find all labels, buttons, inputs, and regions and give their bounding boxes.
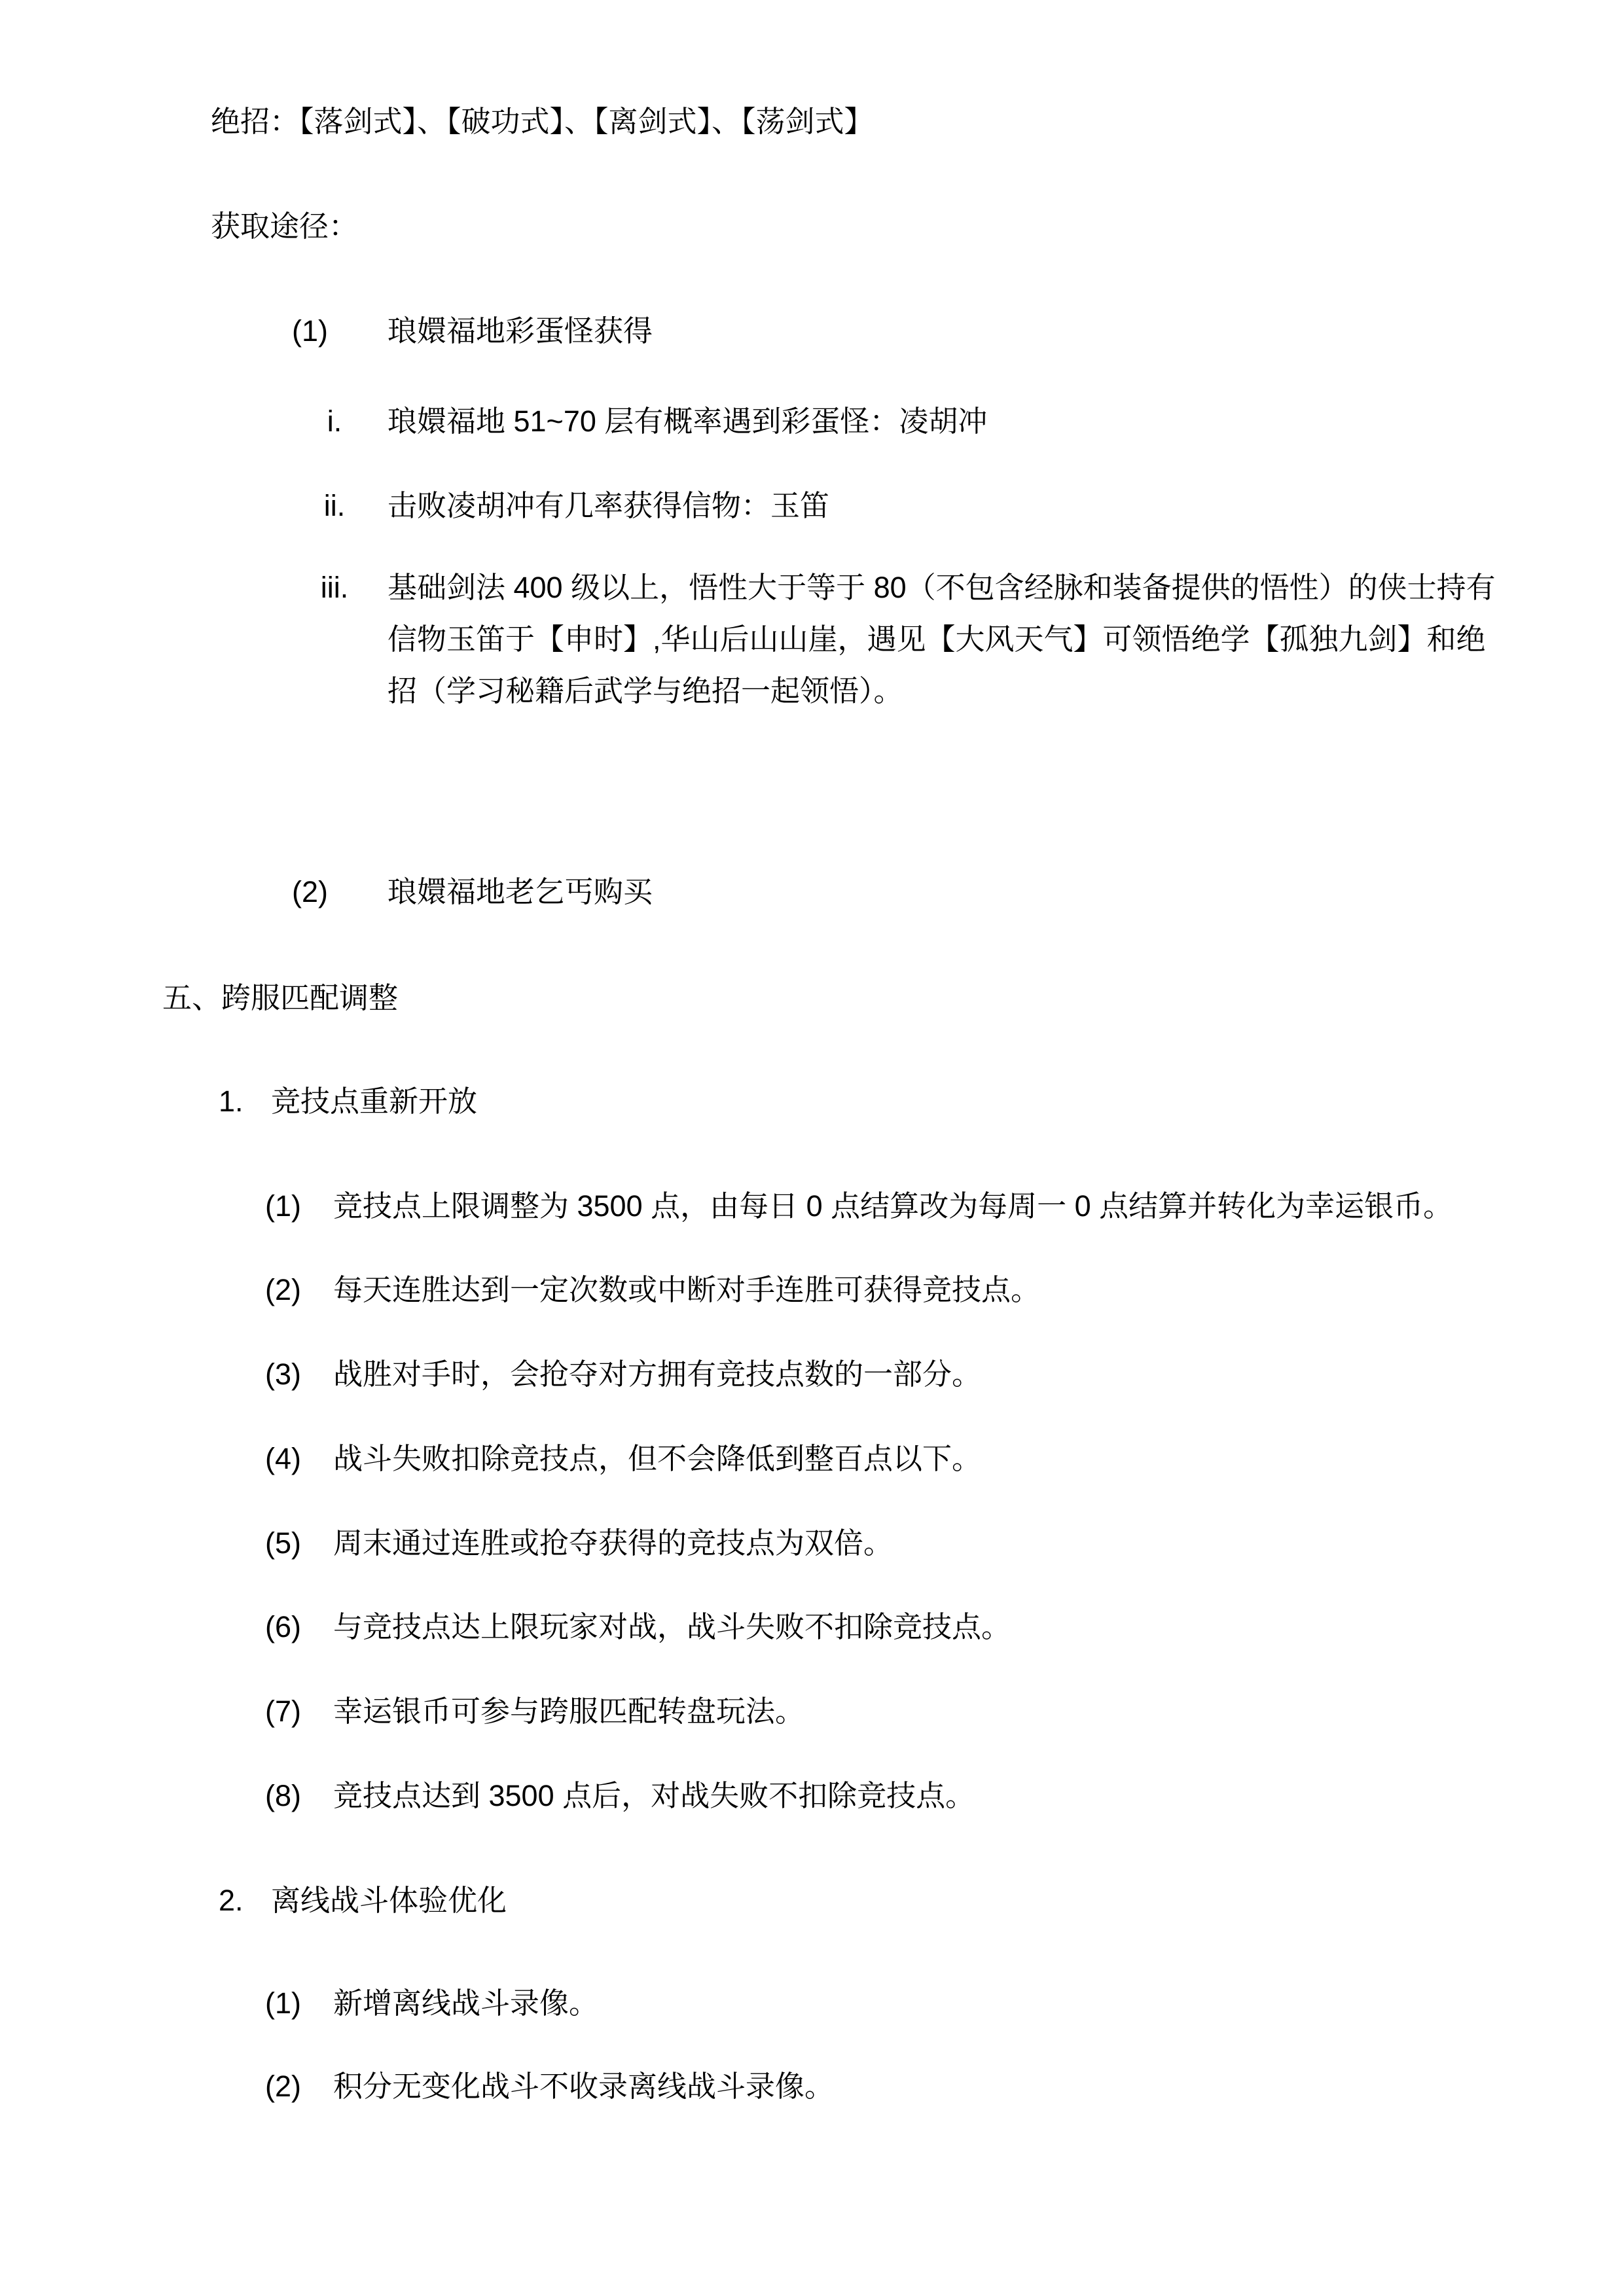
section-heading-text: 五、跨服匹配调整 xyxy=(162,972,398,1024)
list-item-text: 竞技点上限调整为 3500 点，由每日 0 点结算改为每周一 0 点结算并转化为… xyxy=(333,1180,1453,1232)
text-line: 击败凌胡冲有几率获得信物：玉笛 xyxy=(388,480,829,531)
list-item: (2) 积分无变化战斗不收录离线战斗录像。 xyxy=(265,2060,834,2113)
list-item-marker: (1) xyxy=(265,1977,333,2030)
list-item: (7) 幸运银币可参与跨服匹配转盘玩法。 xyxy=(265,1685,804,1738)
subsection-heading: 1. 竞技点重新开放 xyxy=(219,1075,477,1128)
list-item: ii. 击败凌胡冲有几率获得信物：玉笛 xyxy=(281,480,829,532)
list-item: (5) 周末通过连胜或抢夺获得的竞技点为双倍。 xyxy=(265,1517,893,1570)
list-item: iii. 基础剑法 400 级以上，悟性大于等于 80（不包含经脉和装备提供的悟… xyxy=(281,562,1496,717)
list-item-text: 基础剑法 400 级以上，悟性大于等于 80（不包含经脉和装备提供的悟性）的侠士… xyxy=(388,562,1496,717)
subsection-title: 竞技点重新开放 xyxy=(271,1075,477,1128)
list-item: (2) 琅嬛福地老乞丐购买 xyxy=(292,866,653,918)
list-item-marker: (7) xyxy=(265,1685,333,1738)
list-item-marker: i. xyxy=(281,395,388,448)
list-item-marker: (8) xyxy=(265,1770,333,1822)
list-item-text: 幸运银币可参与跨服匹配转盘玩法。 xyxy=(333,1685,804,1738)
subsection-marker: 2. xyxy=(219,1874,271,1927)
text-line: 招（学习秘籍后武学与绝招一起领悟）。 xyxy=(388,665,1496,717)
list-item-text: 与竞技点达上限玩家对战，战斗失败不扣除竞技点。 xyxy=(333,1601,1011,1653)
list-item-marker: (1) xyxy=(292,305,388,357)
moves-text: 绝招：【落剑式】、【破功式】、【离剑式】、【荡剑式】 xyxy=(211,96,874,148)
list-item-text: 琅嬛福地 51~70 层有概率遇到彩蛋怪：凌胡冲 xyxy=(388,395,987,447)
section-heading: 五、跨服匹配调整 xyxy=(162,972,398,1024)
acquisition-heading: 获取途径： xyxy=(211,200,358,253)
text-line: 基础剑法 400 级以上，悟性大于等于 80（不包含经脉和装备提供的悟性）的侠士… xyxy=(388,562,1496,613)
list-item-marker: (5) xyxy=(265,1517,333,1570)
list-item-text: 每天连胜达到一定次数或中断对手连胜可获得竞技点。 xyxy=(333,1264,1040,1316)
list-item: (4) 战斗失败扣除竞技点，但不会降低到整百点以下。 xyxy=(265,1433,981,1485)
list-item-text: 战斗失败扣除竞技点，但不会降低到整百点以下。 xyxy=(333,1433,981,1485)
list-item-marker: (2) xyxy=(292,866,388,918)
list-item: (8) 竞技点达到 3500 点后，对战失败不扣除竞技点。 xyxy=(265,1770,975,1822)
list-item-text: 击败凌胡冲有几率获得信物：玉笛 xyxy=(388,480,829,531)
list-item-text: 琅嬛福地老乞丐购买 xyxy=(388,866,653,918)
list-item-marker: (3) xyxy=(265,1348,333,1401)
list-item: (1) 琅嬛福地彩蛋怪获得 xyxy=(292,305,653,357)
subsection-marker: 1. xyxy=(219,1075,271,1128)
list-item-text: 周末通过连胜或抢夺获得的竞技点为双倍。 xyxy=(333,1517,893,1570)
subsection-title: 离线战斗体验优化 xyxy=(271,1874,507,1927)
text-line: 琅嬛福地 51~70 层有概率遇到彩蛋怪：凌胡冲 xyxy=(388,395,987,447)
document-page: 绝招：【落剑式】、【破功式】、【离剑式】、【荡剑式】 获取途径： (1) 琅嬛福… xyxy=(0,0,1624,2296)
list-item-marker: (2) xyxy=(265,2060,333,2113)
list-item-marker: ii. xyxy=(281,480,388,532)
list-item: (3) 战胜对手时，会抢夺对方拥有竞技点数的一部分。 xyxy=(265,1348,981,1401)
list-item-marker: (2) xyxy=(265,1264,333,1316)
list-item-text: 竞技点达到 3500 点后，对战失败不扣除竞技点。 xyxy=(333,1770,975,1822)
subsection-heading: 2. 离线战斗体验优化 xyxy=(219,1874,507,1927)
moves-paragraph: 绝招：【落剑式】、【破功式】、【离剑式】、【荡剑式】 xyxy=(211,96,874,148)
list-item-text: 积分无变化战斗不收录离线战斗录像。 xyxy=(333,2060,834,2113)
list-item-text: 琅嬛福地彩蛋怪获得 xyxy=(388,305,653,357)
list-item: (2) 每天连胜达到一定次数或中断对手连胜可获得竞技点。 xyxy=(265,1264,1040,1316)
list-item-marker: (1) xyxy=(265,1180,333,1232)
text-line: 信物玉笛于【申时】,华山后山山崖，遇见【大风天气】可领悟绝学【孤独九剑】和绝 xyxy=(388,613,1496,665)
list-item-marker: (6) xyxy=(265,1601,333,1653)
list-item-marker: (4) xyxy=(265,1433,333,1485)
list-item: (1) 新增离线战斗录像。 xyxy=(265,1977,598,2030)
list-item: (1) 竞技点上限调整为 3500 点，由每日 0 点结算改为每周一 0 点结算… xyxy=(265,1180,1453,1232)
list-item: i. 琅嬛福地 51~70 层有概率遇到彩蛋怪：凌胡冲 xyxy=(281,395,987,448)
list-item-marker: iii. xyxy=(281,562,388,614)
acquisition-heading-text: 获取途径： xyxy=(211,200,358,253)
list-item: (6) 与竞技点达上限玩家对战，战斗失败不扣除竞技点。 xyxy=(265,1601,1011,1653)
list-item-text: 新增离线战斗录像。 xyxy=(333,1977,598,2030)
list-item-text: 战胜对手时，会抢夺对方拥有竞技点数的一部分。 xyxy=(333,1348,981,1401)
